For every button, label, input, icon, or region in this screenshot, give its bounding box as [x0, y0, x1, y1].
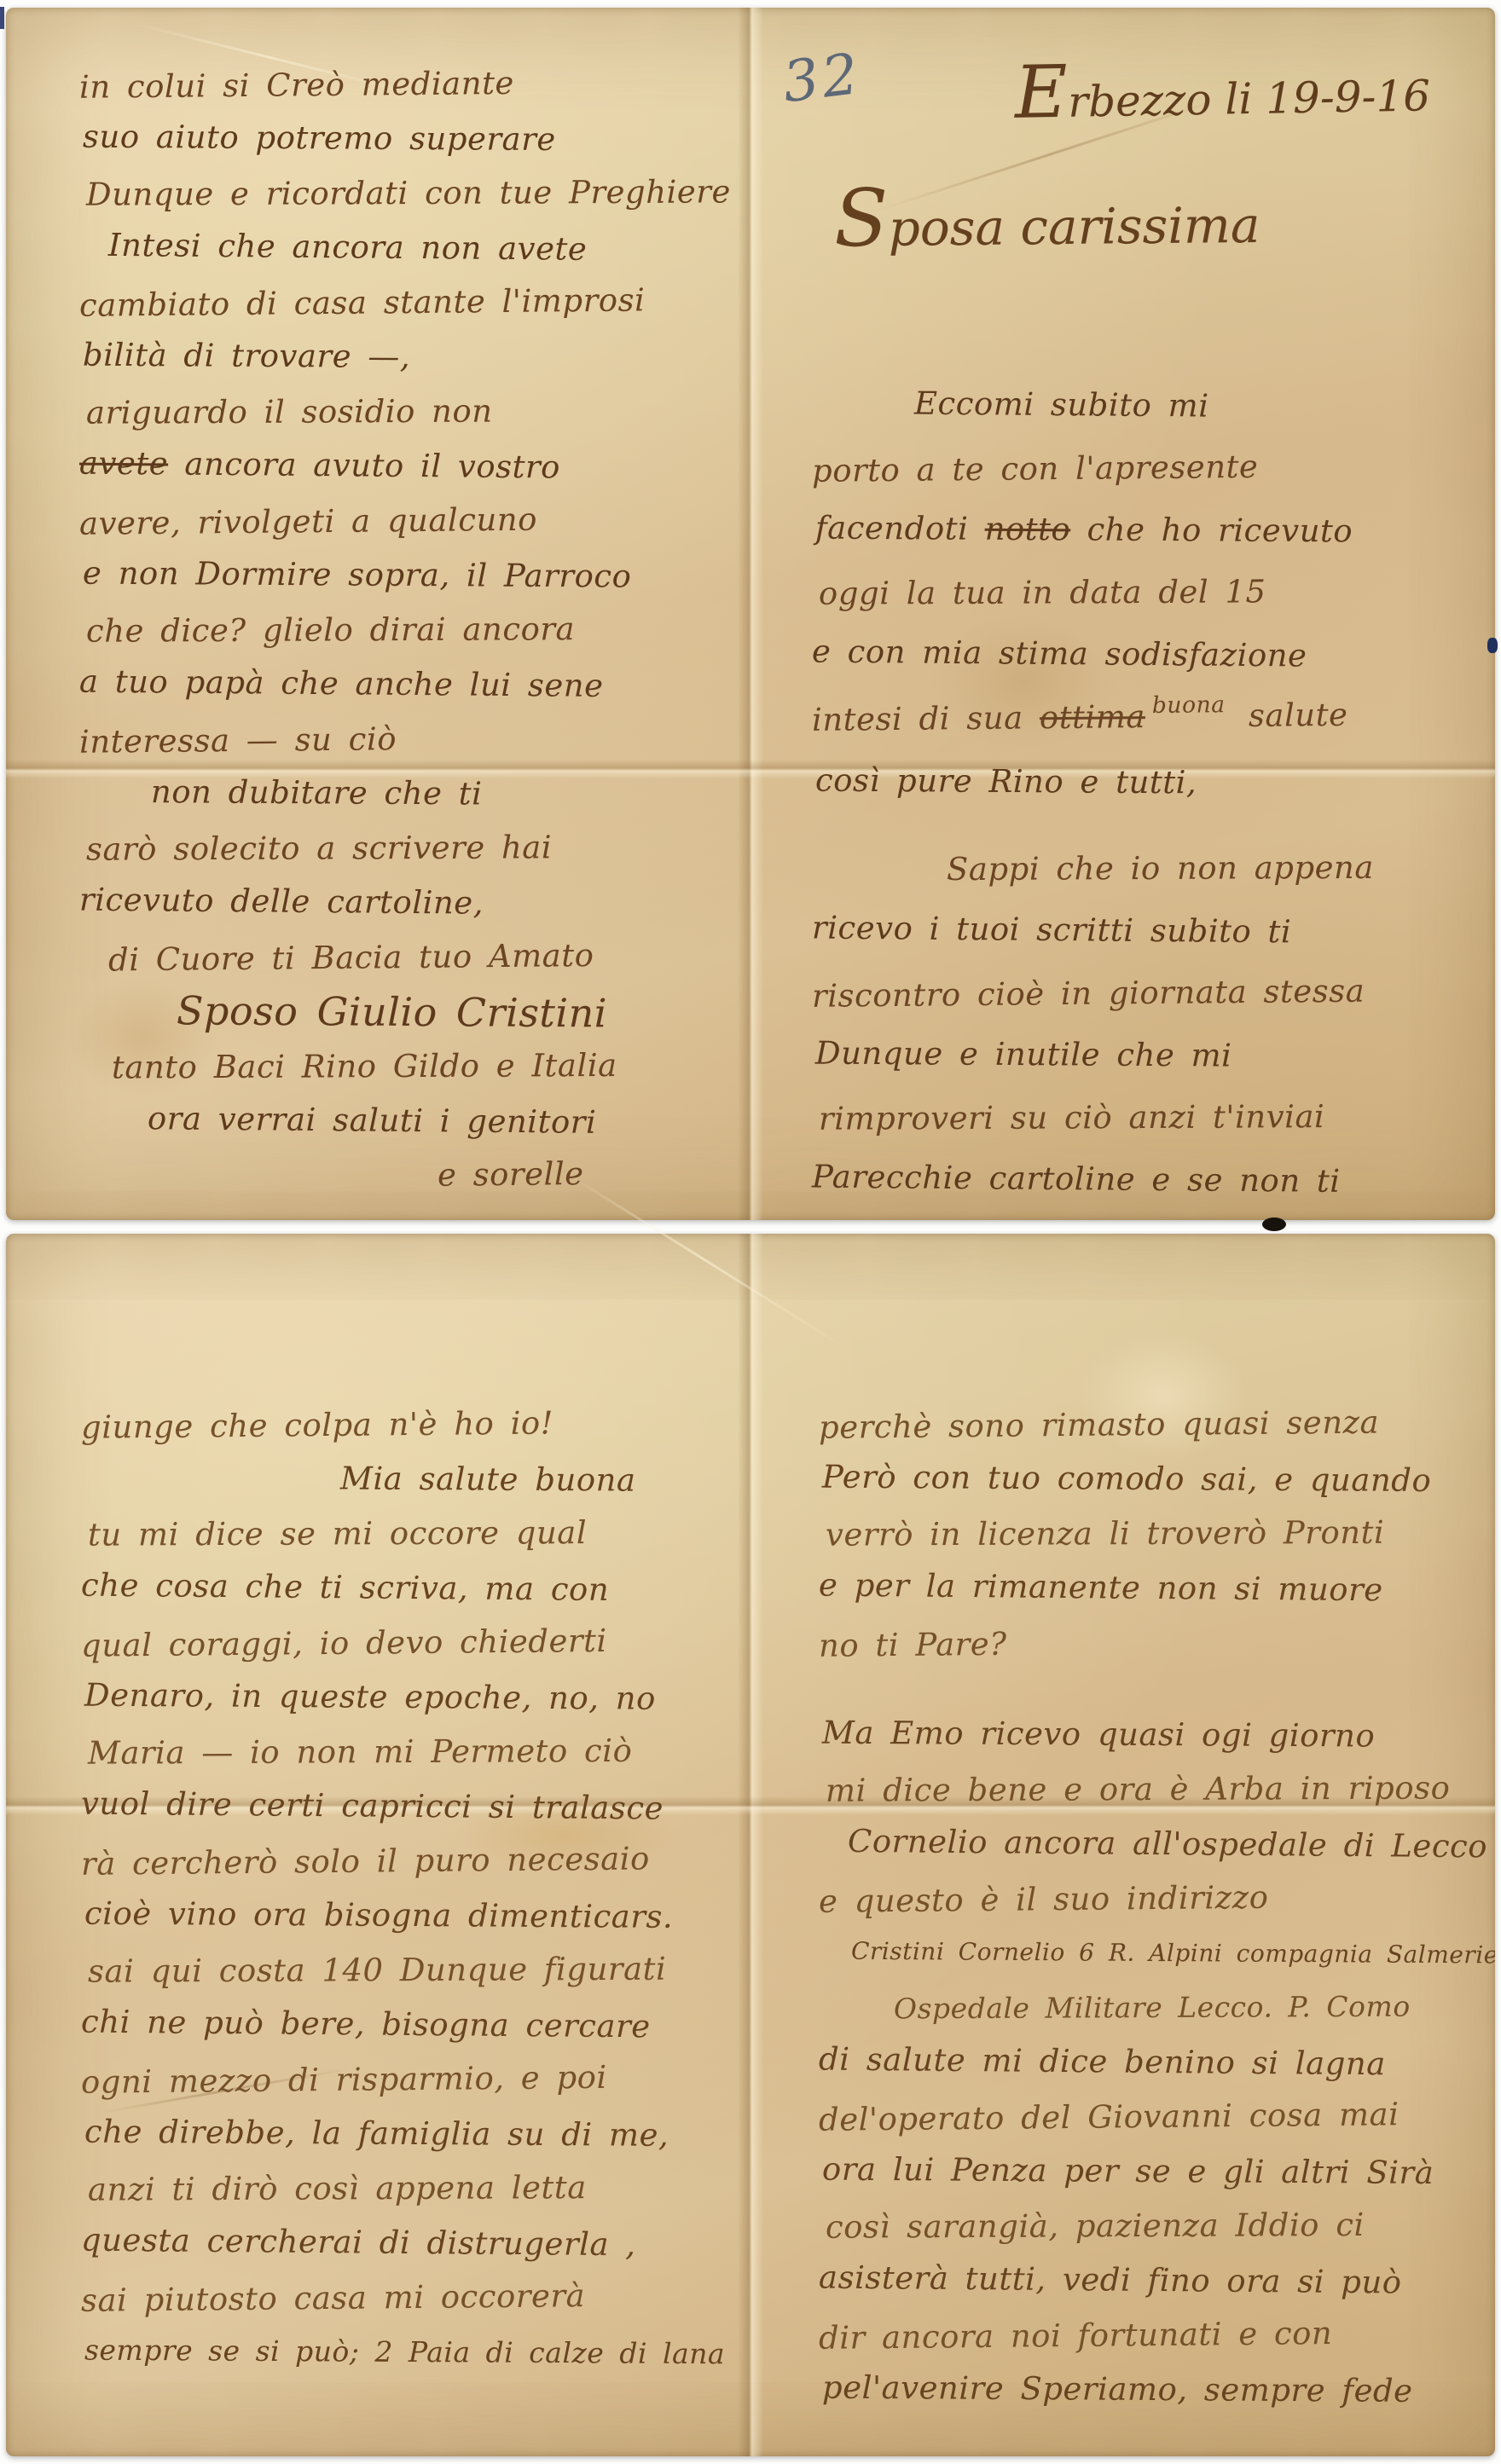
letter-line: porto a te con l'apresente: [812, 433, 1495, 502]
dateline: Erbezzo li 19-9-16: [811, 44, 1495, 147]
postscript-line: ora verrai saluti i genitori: [79, 1091, 750, 1152]
letter-line: che dice? glielo dirai ancora: [86, 601, 750, 658]
letter-line: Eccomi subito mi: [812, 372, 1495, 440]
postscript-line: e sorelle: [79, 1145, 750, 1206]
letter-line: perchè sono rimasto quasi senza: [819, 1394, 1495, 1455]
letter-line: oggi la tua in data del 15: [819, 559, 1495, 624]
letter-line: questa cercherai di distrugerla ,: [81, 2213, 750, 2274]
letter-line: sempre se si può; 2 Paia di calze di lan…: [84, 2323, 750, 2382]
letter-line: così pure Rino e tutti,: [815, 749, 1495, 816]
letter-line: vuol dire certi capricci si tralasce: [81, 1777, 750, 1837]
struck-word: ottima: [1040, 698, 1145, 736]
closing-line: di Cuore ti Bacia tuo Amato: [79, 927, 750, 988]
letter-line: a tuo papà che anche lui sene: [79, 655, 750, 715]
address-line: Ospedale Militare Lecco. P. Como: [826, 1979, 1495, 2036]
letter-line: in colui si Creò mediante: [79, 54, 750, 115]
letter-line: suo aiuto potremo superare: [83, 110, 750, 169]
letter-line: no ti Pare?: [819, 1612, 1495, 1674]
letter-line: e non Dormire sopra, il Parroco: [83, 547, 750, 605]
sheet2-left-page: giunge che colpa n'è ho io! Mia salute b…: [6, 1234, 750, 2456]
letter-line: Intesi che ancora non avete: [79, 218, 750, 279]
letter-line: ora lui Penza per se e gli altri Sirà: [822, 2143, 1495, 2201]
letter-line: Ma Emo ricevo quasi ogi giorno: [822, 1706, 1495, 1765]
letter-line: rà cercherò solo il puro necesaio: [81, 1831, 750, 1892]
letter-line: Però con tuo comodo sai, e quando: [822, 1450, 1495, 1509]
letter-line: Sappi che io non appena: [819, 836, 1495, 900]
letter-sheet-2: giunge che colpa n'è ho io! Mia salute b…: [6, 1234, 1495, 2456]
line-text: salute: [1232, 697, 1347, 734]
letter-line: Dunque e inutile che mi: [815, 1022, 1495, 1089]
letter-line: del'operato del Giovanni cosa mai: [819, 2086, 1495, 2148]
letter-line: giunge che colpa n'è ho io!: [81, 1394, 750, 1455]
spacer: [812, 267, 1495, 374]
letter-line: ricevo i tuoi scritti subito ti: [812, 897, 1495, 965]
line-text: facendoti: [815, 510, 985, 547]
letter-line: ogni mezzo di risparmio, e poi: [81, 2049, 750, 2110]
letter-line: cambiato di casa stante l'improsi: [79, 272, 750, 333]
letter-line: Parecchie cartoline e se non ti: [812, 1146, 1495, 1214]
struck-word: notto: [985, 511, 1071, 548]
letter-line: Mia salute buona: [84, 1450, 750, 1509]
letter-line: non dubitare che ti: [83, 765, 750, 824]
sheet1-right-page: 32 Erbezzo li 19-9-16 Sposa carissima Ec…: [750, 8, 1495, 1220]
letter-line-with-correction: avete ancora avuto il vostro: [79, 437, 750, 497]
letter-line: sai qui costa 140 Dunque figurati: [88, 1941, 750, 1998]
letter-line: e con mia stima sodisfazione: [812, 621, 1495, 689]
letter-line-with-correction: facendoti notto che ho ricevuto: [815, 497, 1495, 564]
letter-sheet-1: in colui si Creò mediante suo aiuto potr…: [6, 8, 1495, 1220]
postscript-line: tanto Baci Rino Gildo e Italia: [86, 1038, 750, 1095]
salutation: Sposa carissima: [812, 173, 1495, 270]
letter-line: qual coraggi, io devo chiederti: [81, 1612, 750, 1674]
letter-line: rimproveri su ciò anzi t'inviai: [819, 1085, 1495, 1149]
letter-line: mi dice bene e ora è Arba in riposo: [826, 1761, 1495, 1818]
letter-line: riscontro cioè in giornata stessa: [812, 958, 1495, 1027]
letter-line: interessa — su ciò: [79, 709, 750, 770]
line-text: ancora avuto il vostro: [168, 445, 560, 485]
letter-line: Denaro, in queste epoche, no, no: [84, 1669, 750, 1727]
letter-line: sai piutosto casa mi occorerà: [81, 2267, 750, 2328]
inserted-word: buona: [1152, 692, 1226, 720]
letter-line: asisterà tutti, vedi fino ora si può: [819, 2251, 1495, 2311]
struck-word: avete: [79, 445, 168, 483]
letter-line: che direbbe, la famiglia su di me,: [84, 2105, 750, 2164]
letter-line: chi ne può bere, bisogna cercare: [81, 1995, 750, 2056]
letter-line: avere, rivolgeti a qualcuno: [79, 490, 750, 552]
signature: Sposo Giulio Cristini: [83, 983, 750, 1042]
line-text: intesi di sua: [812, 699, 1040, 738]
letter-line: di salute mi dice benino si lagna: [819, 2033, 1495, 2093]
letter-line: sarò solecito a scrivere hai: [86, 819, 750, 876]
letter-line: tu mi dice se mi occore qual: [88, 1505, 750, 1562]
letter-line: cioè vino ora bisogna dimenticars.: [84, 1887, 750, 1946]
letter-line: Dunque e ricordati con tue Preghiere: [86, 165, 750, 222]
address-line: Cristini Cornelio 6 R. Alpini compagnia …: [822, 1924, 1495, 1983]
letter-line: Cornelio ancora all'ospedale di Lecco: [819, 1814, 1495, 1875]
letter-line: bilità di trovare —,: [83, 328, 750, 387]
letter-line: verrò in licenza li troverò Pronti: [826, 1505, 1495, 1562]
letter-line: ariguardo il sosidio non: [86, 383, 750, 440]
line-text: che ho ricevuto: [1070, 511, 1353, 549]
sheet2-right-page: perchè sono rimasto quasi senza Però con…: [750, 1234, 1495, 2456]
letter-line: e per la rimanente non si muore: [819, 1559, 1495, 1619]
letter-line: e questo è il suo indirizzo: [819, 1868, 1495, 1929]
letter-line: dir ancora noi fortunati e con: [819, 2305, 1495, 2366]
letter-line: così sarangià, pazienza Iddio ci: [826, 2197, 1495, 2254]
letter-line-with-correction: intesi di sua ottimabuona salute: [812, 682, 1495, 755]
letter-line: pel'avenire Speriamo, sempre fede: [822, 2361, 1495, 2420]
sheet1-left-page: in colui si Creò mediante suo aiuto potr…: [6, 8, 750, 1220]
letter-line: ricevuto delle cartoline,: [79, 873, 750, 934]
letter-line: anzi ti dirò così appena letta: [88, 2160, 750, 2217]
blue-edge-mark: [0, 7, 4, 29]
letter-line: che cosa che ti scriva, ma con: [81, 1559, 750, 1619]
letter-line: Maria — io non mi Permeto ciò: [88, 1723, 750, 1780]
